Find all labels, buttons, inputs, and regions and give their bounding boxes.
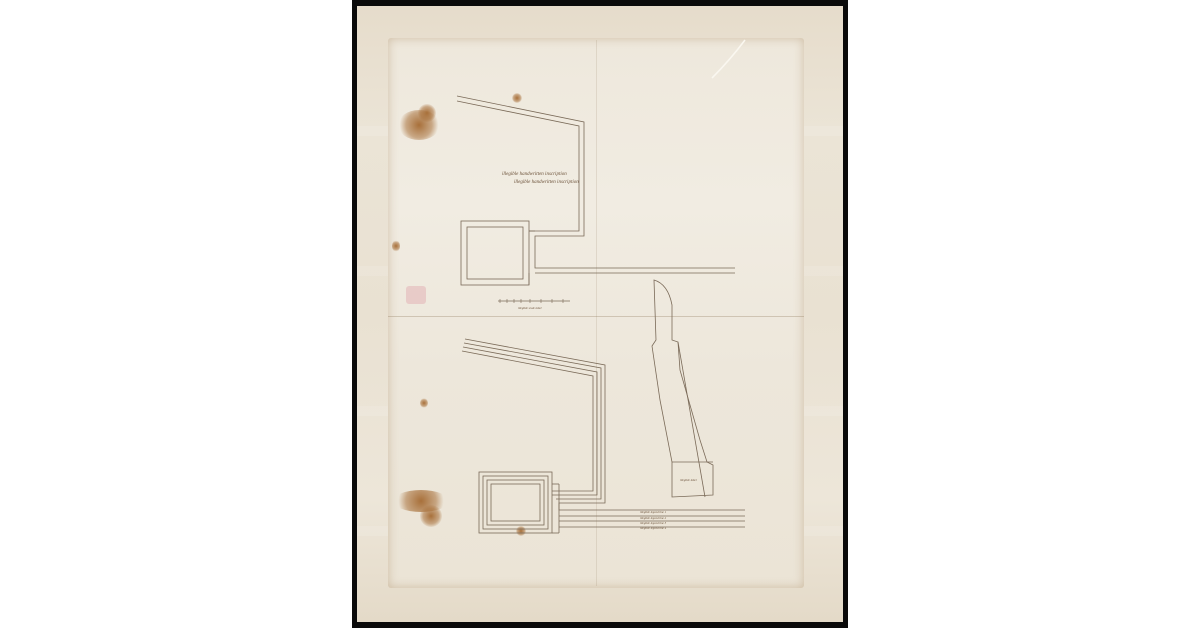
upper-plan-inscription: illegible handwritten inscription <box>502 172 567 177</box>
legend-line: illegible legend line 4 <box>640 526 666 530</box>
legend-line: illegible legend line 3 <box>640 521 666 525</box>
profile-label: illegible label <box>680 478 697 482</box>
plan-drawing <box>0 0 1200 628</box>
legend-line: illegible legend line 1 <box>640 510 666 514</box>
scale-bar-label: illegible scale label <box>518 306 542 310</box>
legend-line: illegible legend line 2 <box>640 516 666 520</box>
upper-plan-inscription-line2: illegible handwritten inscription <box>514 180 579 185</box>
